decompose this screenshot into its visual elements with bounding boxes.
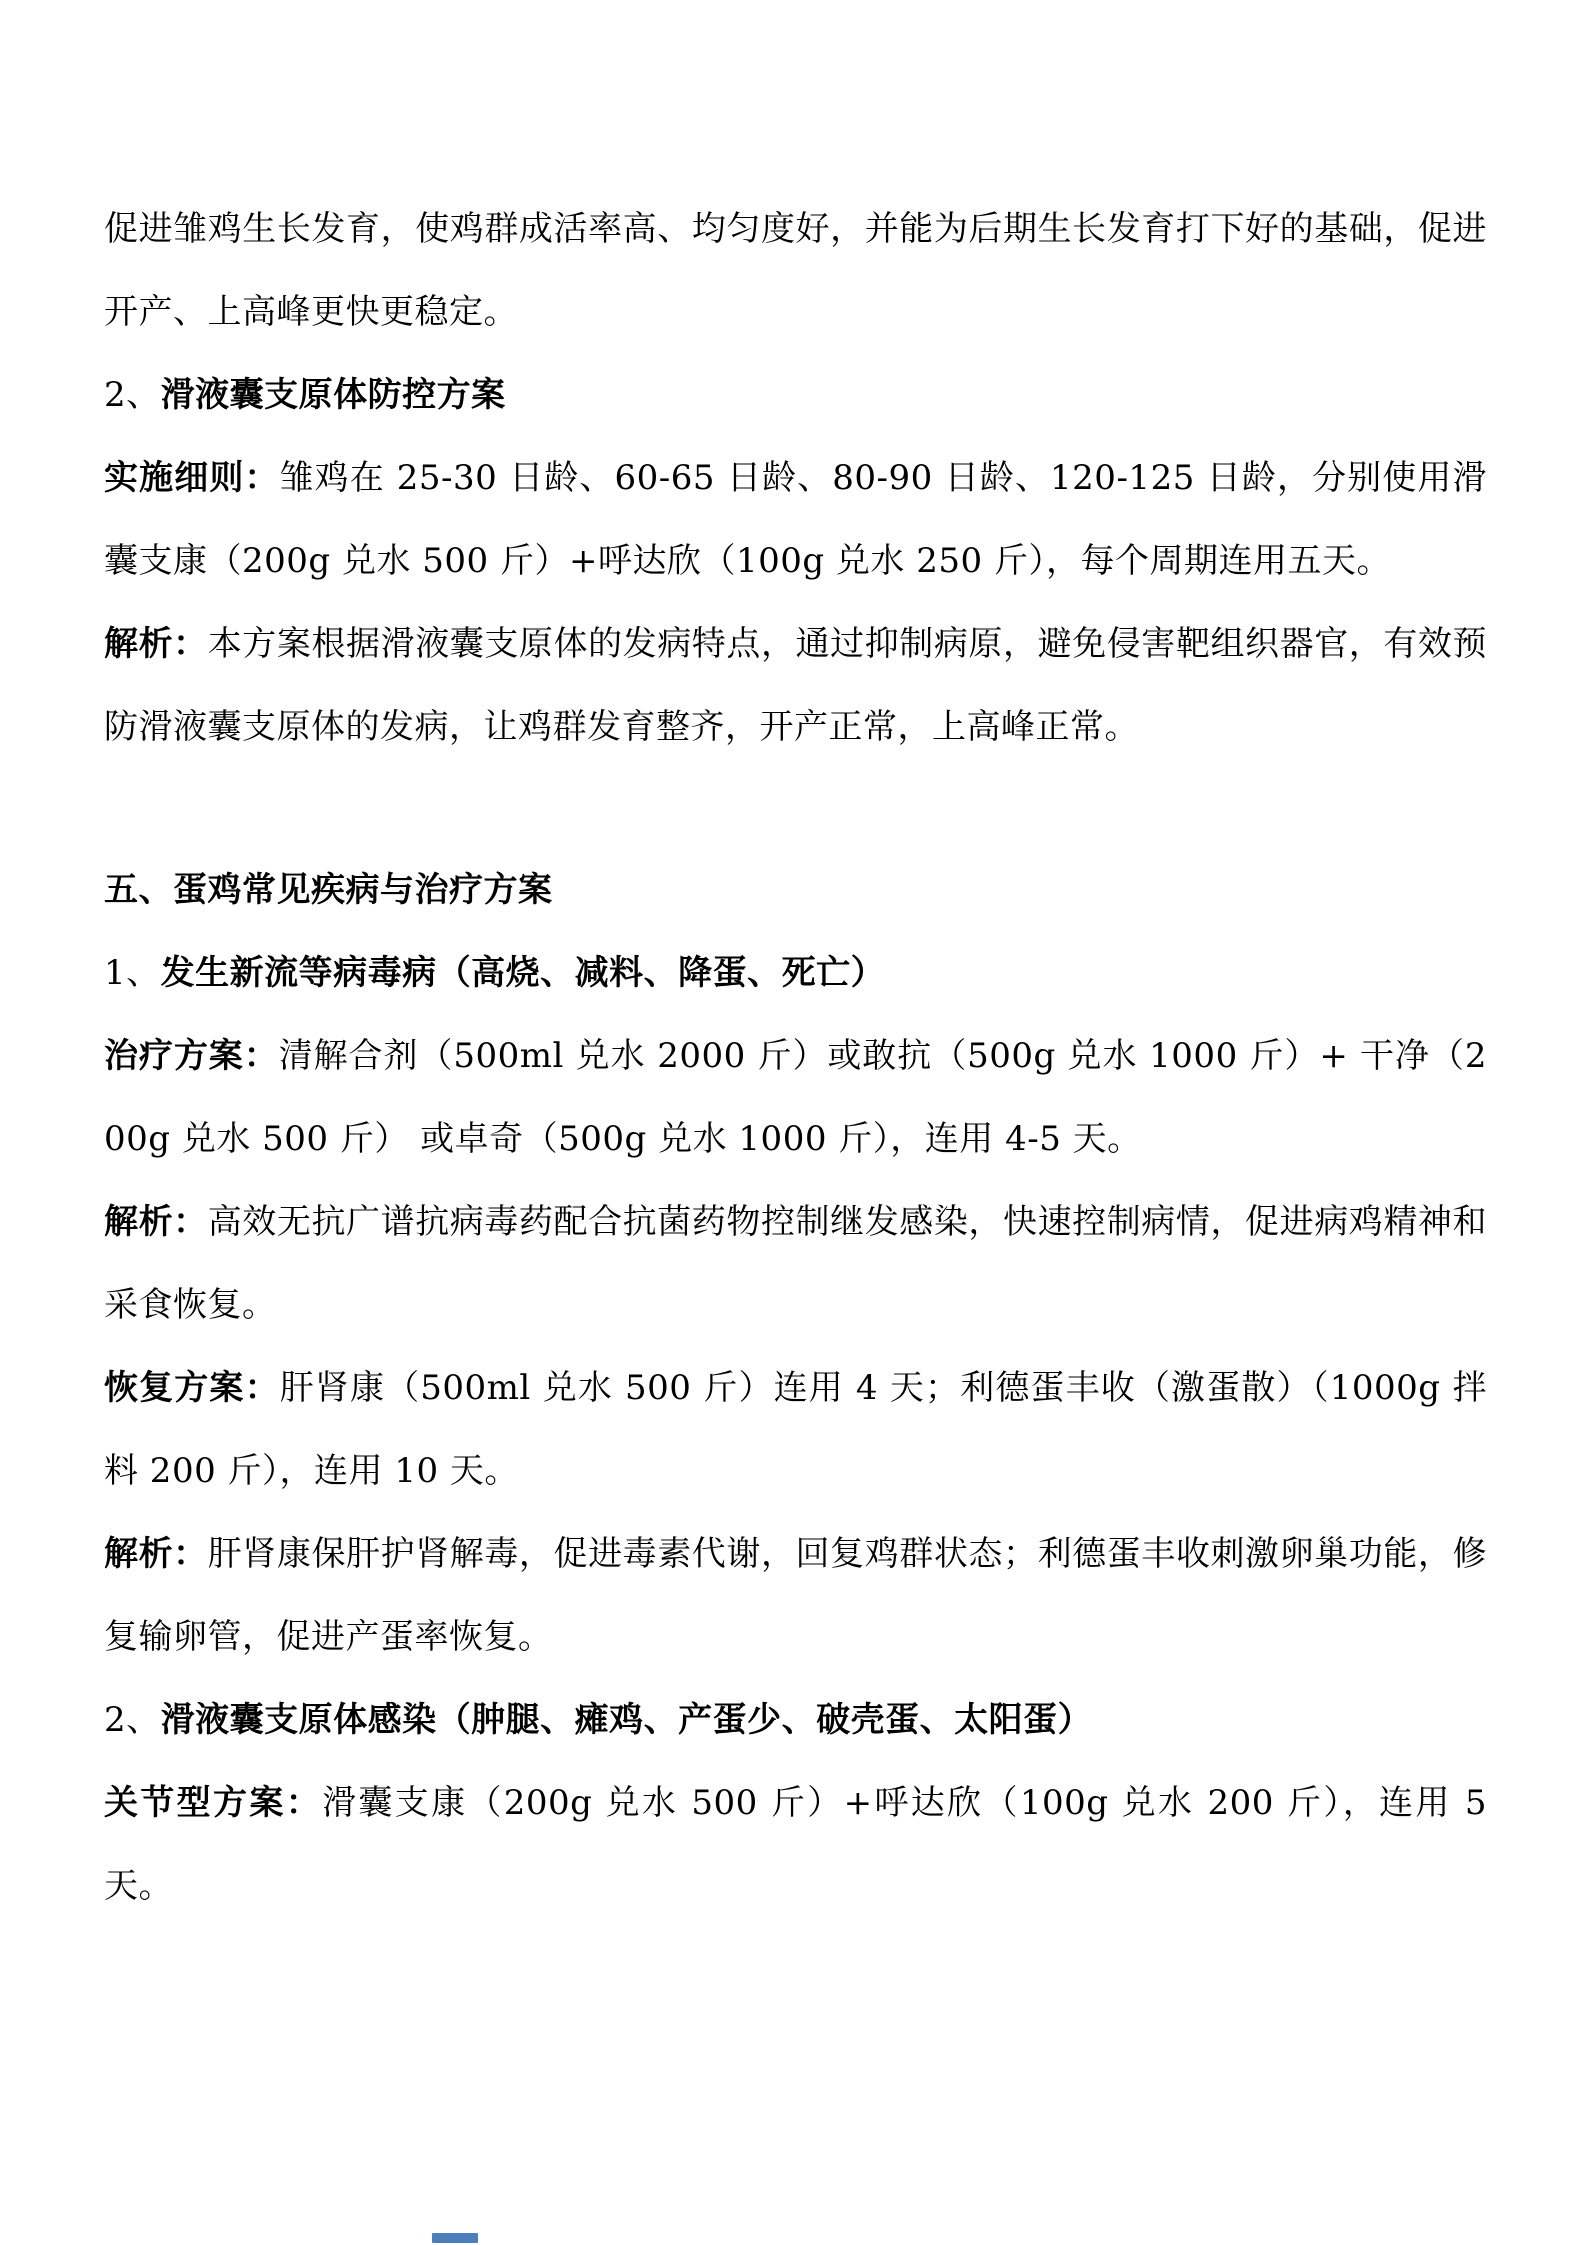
- para-analysis-recovery: 解析：肝肾康保肝护肾解毒，促进毒素代谢，回复鸡群状态；利德蛋丰收刺激卵巢功能，修…: [104, 1513, 1487, 1679]
- para-text: 促进雏鸡生长发育，使鸡群成活率高、均匀度好，并能为后期生长发育打下好的基础，促进…: [104, 209, 1487, 332]
- heading-title: 滑液囊支原体防控方案: [161, 375, 506, 415]
- para-text: 肝肾康保肝护肾解毒，促进毒素代谢，回复鸡群状态；利德蛋丰收刺激卵巢功能，修复输卵…: [104, 1534, 1487, 1657]
- page-bottom-marker: [432, 2233, 478, 2243]
- heading-title: 五、蛋鸡常见疾病与治疗方案: [104, 870, 553, 910]
- para-treatment-plan: 治疗方案：清解合剂（500ml 兑水 2000 斤）或敢抗（500g 兑水 10…: [104, 1015, 1487, 1181]
- para-analysis-prevention: 解析：本方案根据滑液囊支原体的发病特点，通过抑制病原，避免侵害靶组织器官，有效预…: [104, 603, 1487, 769]
- para-joint-type-plan: 关节型方案：滑囊支康（200g 兑水 500 斤）+呼达欣（100g 兑水 20…: [104, 1762, 1487, 1928]
- document-page: 促进雏鸡生长发育，使鸡群成活率高、均匀度好，并能为后期生长发育打下好的基础，促进…: [104, 188, 1487, 1928]
- heading-mycoplasma-infection: 2、滑液囊支原体感染（肿腿、瘫鸡、产蛋少、破壳蛋、太阳蛋）: [104, 1679, 1487, 1762]
- para-label: 治疗方案：: [104, 1036, 279, 1076]
- heading-mycoplasma-prevention: 2、滑液囊支原体防控方案: [104, 354, 1487, 437]
- para-label: 恢复方案：: [104, 1368, 280, 1408]
- para-label: 关节型方案：: [104, 1783, 322, 1823]
- para-label: 解析：: [104, 624, 208, 664]
- para-text: 高效无抗广谱抗病毒药配合抗菌药物控制继发感染，快速控制病情，促进病鸡精神和采食恢…: [104, 1202, 1487, 1325]
- para-analysis-treatment: 解析：高效无抗广谱抗病毒药配合抗菌药物控制继发感染，快速控制病情，促进病鸡精神和…: [104, 1181, 1487, 1347]
- heading-section-five: 五、蛋鸡常见疾病与治疗方案: [104, 849, 1487, 932]
- para-label: 解析：: [104, 1534, 208, 1574]
- para-text: 肝肾康（500ml 兑水 500 斤）连用 4 天；利德蛋丰收（激蛋散）（100…: [104, 1368, 1487, 1491]
- heading-viral-disease: 1、发生新流等病毒病（高烧、减料、降蛋、死亡）: [104, 932, 1487, 1015]
- heading-title: 滑液囊支原体感染（肿腿、瘫鸡、产蛋少、破壳蛋、太阳蛋）: [161, 1700, 1093, 1740]
- para-label: 实施细则：: [104, 458, 280, 498]
- heading-number: 2、: [104, 375, 161, 415]
- para-implementation-details: 实施细则：雏鸡在 25-30 日龄、60-65 日龄、80-90 日龄、120-…: [104, 437, 1487, 603]
- heading-number: 2、: [104, 1700, 161, 1740]
- para-text: 清解合剂（500ml 兑水 2000 斤）或敢抗（500g 兑水 1000 斤）…: [104, 1036, 1487, 1159]
- para-text: 本方案根据滑液囊支原体的发病特点，通过抑制病原，避免侵害靶组织器官，有效预防滑液…: [104, 624, 1487, 747]
- para-text: 雏鸡在 25-30 日龄、60-65 日龄、80-90 日龄、120-125 日…: [104, 458, 1487, 581]
- heading-number: 1、: [104, 953, 161, 993]
- para-label: 解析：: [104, 1202, 208, 1242]
- para-recovery-plan: 恢复方案：肝肾康（500ml 兑水 500 斤）连用 4 天；利德蛋丰收（激蛋散…: [104, 1347, 1487, 1513]
- heading-title: 发生新流等病毒病（高烧、减料、降蛋、死亡）: [161, 953, 886, 993]
- para-growth-benefit: 促进雏鸡生长发育，使鸡群成活率高、均匀度好，并能为后期生长发育打下好的基础，促进…: [104, 188, 1487, 354]
